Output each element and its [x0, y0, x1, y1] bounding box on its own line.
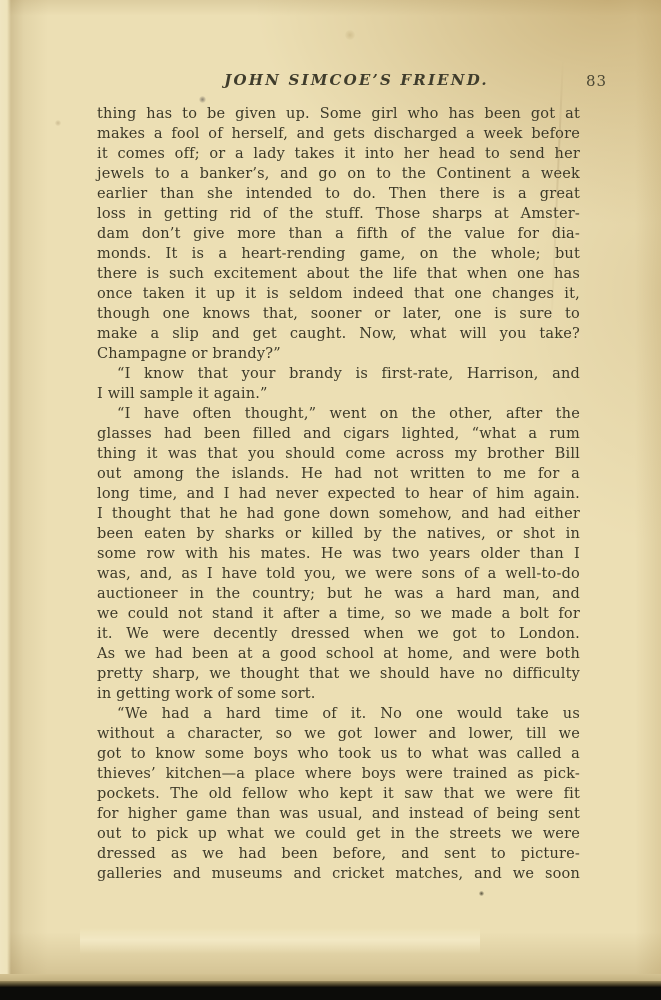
text-line: loss in getting rid of the stuff. Those … [97, 204, 580, 224]
text-line: thieves’ kitchen—a place where boys were… [97, 764, 580, 784]
text-line: in getting work of some sort. [97, 684, 580, 704]
page-number: 83 [586, 72, 607, 90]
text-line: pretty sharp, we thought that we should … [97, 664, 580, 684]
text-line: “I know that your brandy is first-rate, … [97, 364, 580, 384]
text-line: long time, and I had never expected to h… [97, 484, 580, 504]
text-line: jewels to a banker’s, and go on to the C… [97, 164, 580, 184]
text-line: galleries and museums and cricket matche… [97, 864, 580, 884]
text-line: “I have often thought,” went on the othe… [97, 404, 580, 424]
paper-speck [345, 30, 355, 40]
text-line: there is such excitement about the life … [97, 264, 580, 284]
text-line: we could not stand it after a time, so w… [97, 604, 580, 624]
text-line: once taken it up it is seldom indeed tha… [97, 284, 580, 304]
scan-streak [80, 928, 480, 954]
book-page: JOHN SIMCOE’S FRIEND. 83 thing has to be… [0, 0, 661, 974]
text-line: dam don’t give more than a fifth of the … [97, 224, 580, 244]
text-line: thing has to be given up. Some girl who … [97, 104, 580, 124]
paper-speck [479, 891, 484, 896]
page-bottom-edge [0, 974, 661, 981]
text-line: been eaten by sharks or killed by the na… [97, 524, 580, 544]
header-title: JOHN SIMCOE’S FRIEND. [224, 71, 489, 89]
running-header: JOHN SIMCOE’S FRIEND. [97, 70, 580, 89]
text-line: though one knows that, sooner or later, … [97, 304, 580, 324]
paper-speck [199, 96, 206, 103]
text-line: Champagne or brandy?” [97, 344, 580, 364]
text-line: out to pick up what we could get in the … [97, 824, 580, 844]
text-line: makes a fool of herself, and gets discha… [97, 124, 580, 144]
text-line: monds. It is a heart-rending game, on th… [97, 244, 580, 264]
text-line: it comes off; or a lady takes it into he… [97, 144, 580, 164]
text-line: “We had a hard time of it. No one would … [97, 704, 580, 724]
text-line: out among the islands. He had not writte… [97, 464, 580, 484]
text-line: without a character, so we got lower and… [97, 724, 580, 744]
text-line: dressed as we had been before, and sent … [97, 844, 580, 864]
text-line: glasses had been filled and cigars light… [97, 424, 580, 444]
text-line: it. We were decently dressed when we got… [97, 624, 580, 644]
text-line: some row with his mates. He was two year… [97, 544, 580, 564]
text-line: make a slip and get caught. Now, what wi… [97, 324, 580, 344]
paper-speck [55, 120, 61, 126]
text-line: for higher game than was usual, and inst… [97, 804, 580, 824]
text-line: auctioneer in the country; but he was a … [97, 584, 580, 604]
text-line: earlier than she intended to do. Then th… [97, 184, 580, 204]
page-bottom-edge-shadow [0, 981, 661, 987]
text-line: I thought that he had gone down somehow,… [97, 504, 580, 524]
text-line: As we had been at a good school at home,… [97, 644, 580, 664]
text-line: pockets. The old fellow who kept it saw … [97, 784, 580, 804]
text-block: thing has to be given up. Some girl who … [97, 104, 580, 884]
scanned-book-screenshot: JOHN SIMCOE’S FRIEND. 83 thing has to be… [0, 0, 661, 1000]
text-line: was, and, as I have told you, we were so… [97, 564, 580, 584]
text-line: got to know some boys who took us to wha… [97, 744, 580, 764]
text-line: thing it was that you should come across… [97, 444, 580, 464]
text-line: I will sample it again.” [97, 384, 580, 404]
